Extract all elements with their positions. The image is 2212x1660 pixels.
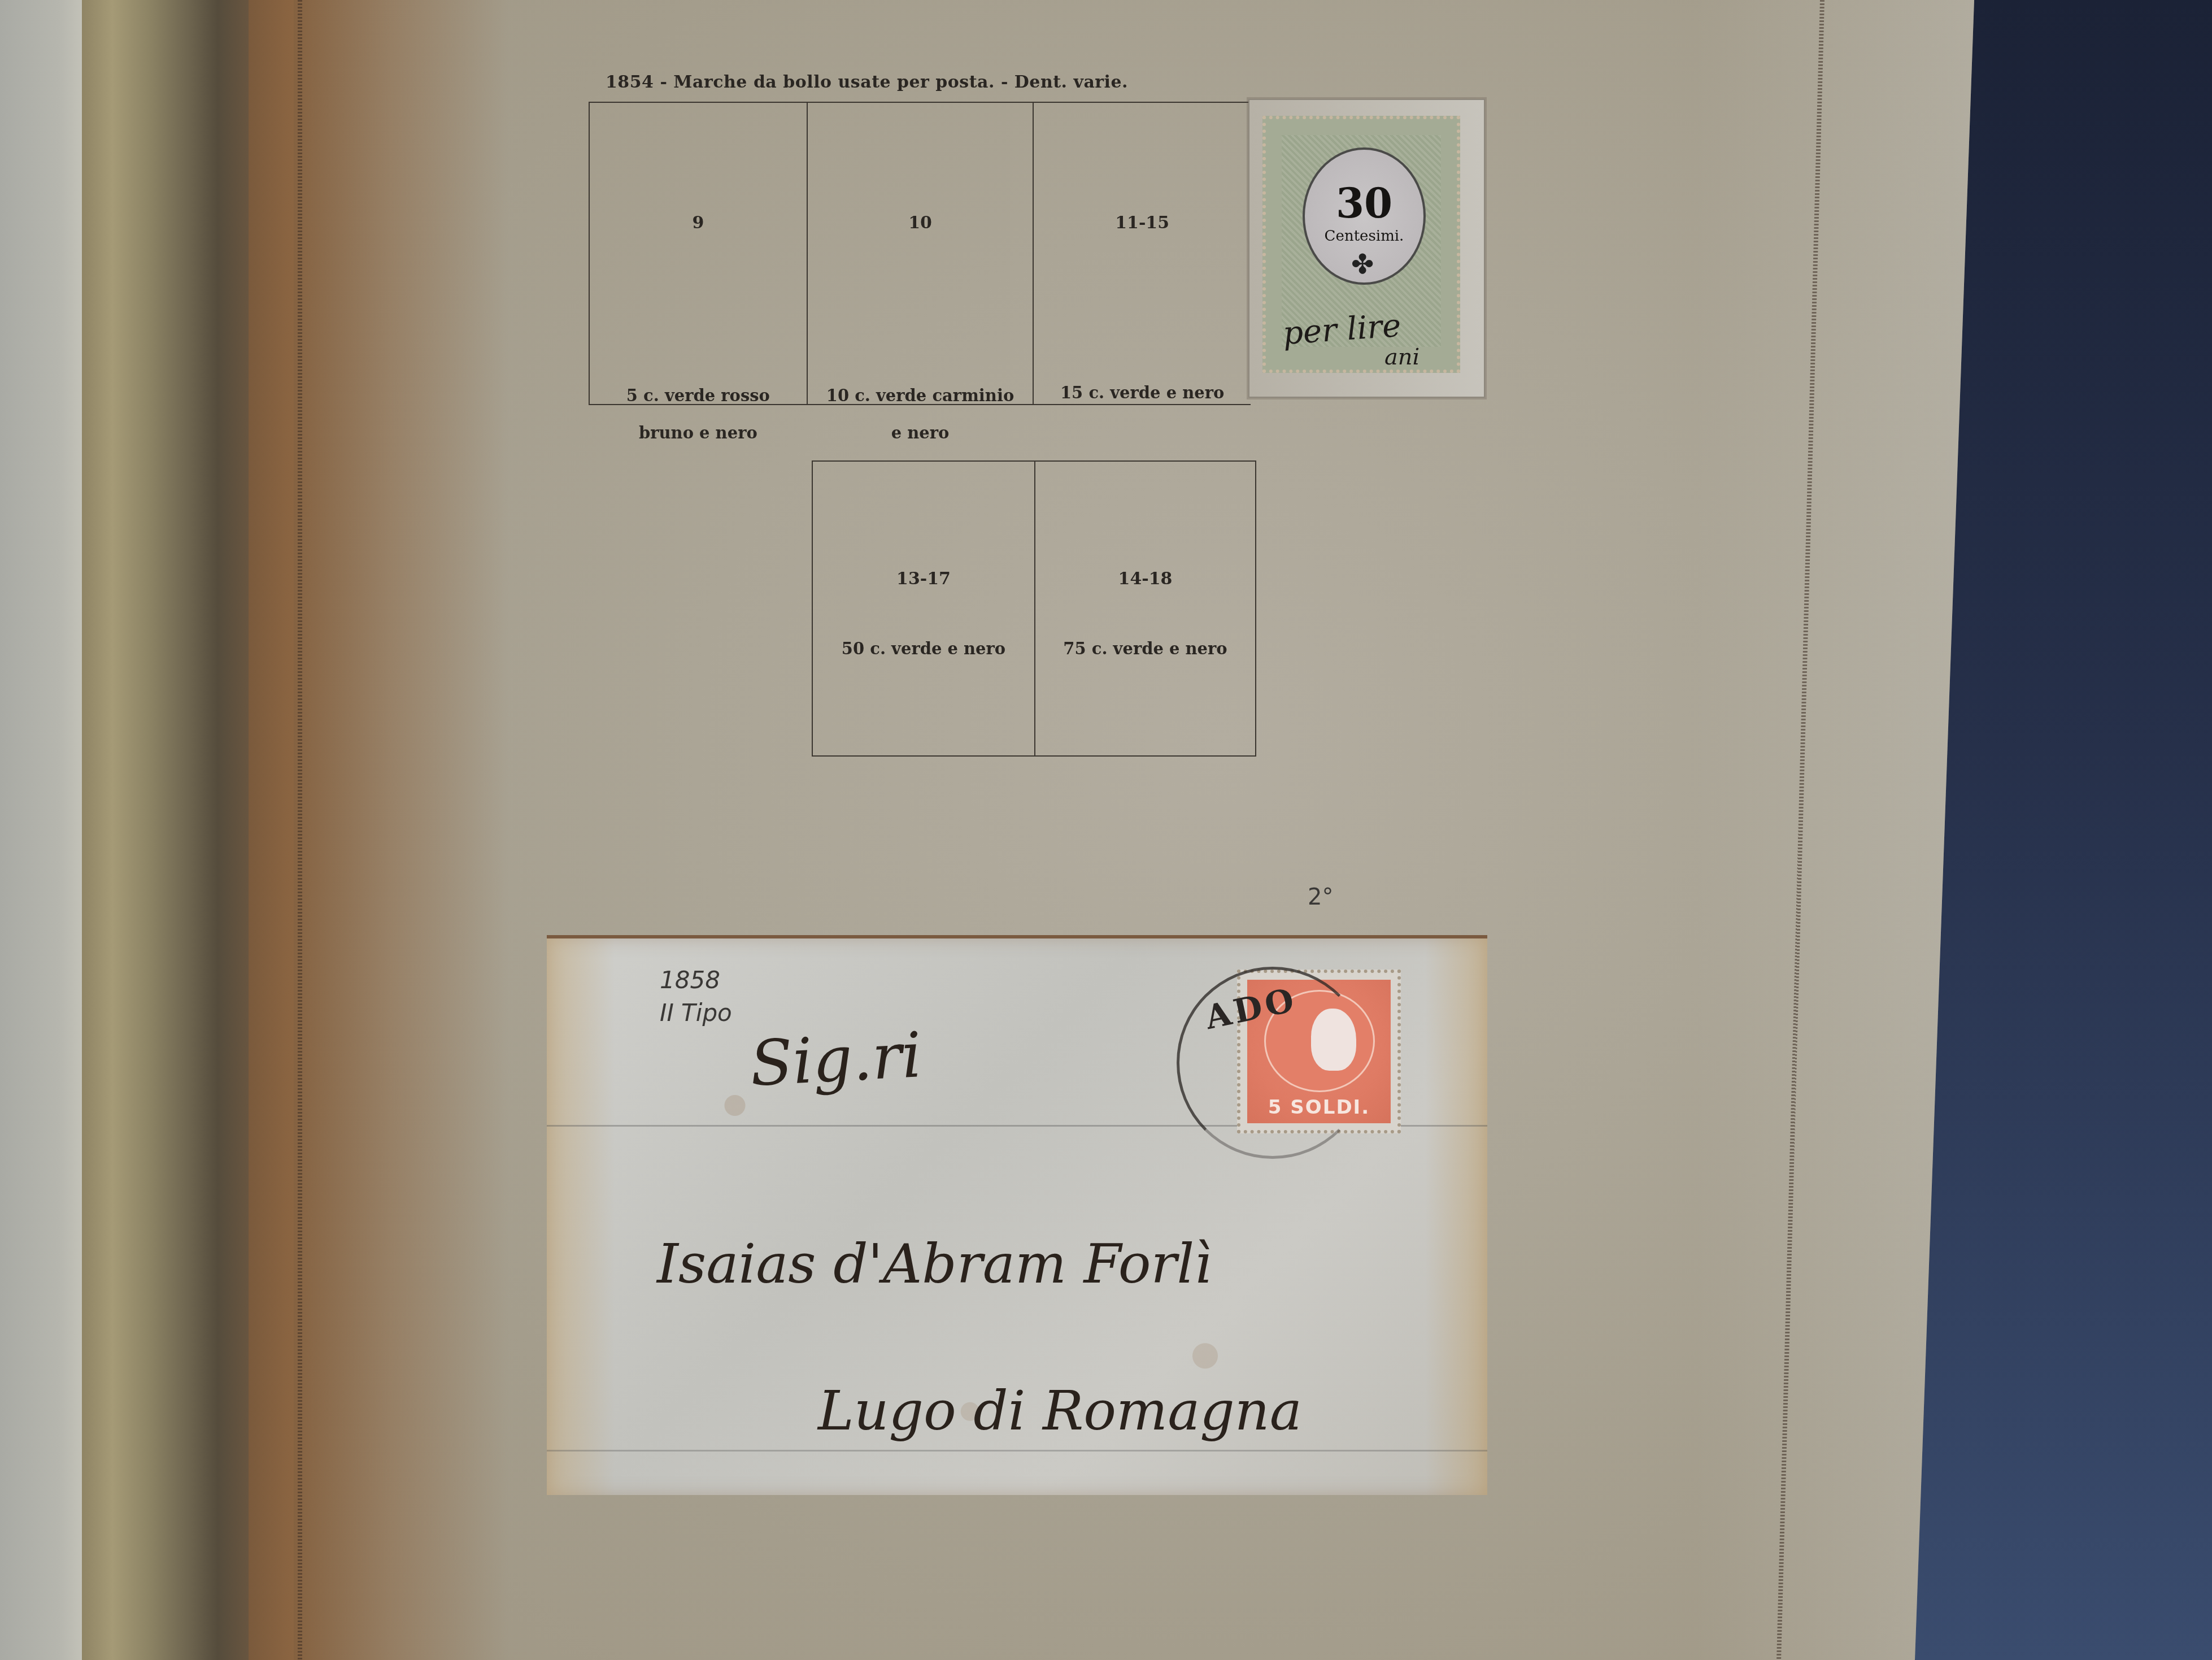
page-border-left [298, 0, 302, 1660]
pencil-grade-note: 2° [1308, 884, 1333, 910]
description-line: 5 c. verde rosso [590, 377, 807, 414]
page-heading: 1854 - Marche da bollo usate per posta. … [606, 72, 1128, 92]
stamp-description: 15 c. verde e nero [1034, 374, 1251, 411]
stamp-slot: 14-18 75 c. verde e nero [1035, 462, 1255, 755]
catalog-number: 11-15 [1034, 213, 1251, 233]
postal-cover[interactable]: 1858 II Tipo Sig.ri Isaias d'Abram Forlì… [547, 935, 1487, 1495]
stamp-description: 50 c. verde e nero [813, 630, 1034, 667]
mount-strip-edge [547, 1450, 1487, 1452]
stamp-oval: 30 Centesimi. ✤ [1303, 147, 1426, 285]
double-headed-eagle-icon: ✤ [1351, 249, 1374, 280]
stamp-description: 5 c. verde rosso bruno e nero [590, 377, 807, 451]
cover-stain [547, 938, 615, 1495]
catalog-number: 13-17 [813, 569, 1034, 589]
page-edges [82, 0, 251, 1660]
address-salutation: Sig.ri [748, 1019, 924, 1100]
stamp-unit: Centesimi. [1305, 228, 1423, 245]
catalog-number: 14-18 [1035, 569, 1255, 589]
address-town: Lugo di Romagna [818, 1379, 1302, 1442]
address-name: Isaias d'Abram Forlì [657, 1232, 1212, 1296]
stamp-table-top: 9 5 c. verde rosso bruno e nero 10 10 c.… [589, 102, 1251, 405]
description-line: 15 c. verde e nero [1034, 374, 1251, 411]
stamp-slot: 10 10 c. verde carminio e nero [808, 103, 1034, 404]
stamp-description: 75 c. verde e nero [1035, 630, 1255, 667]
cover-stain [1425, 938, 1487, 1495]
stamp-value: 30 [1305, 179, 1423, 227]
description-line: 10 c. verde carminio [808, 377, 1033, 414]
pencil-annotation: 1858 II Tipo [660, 964, 732, 1029]
stamp-slot: 9 5 c. verde rosso bruno e nero [590, 103, 808, 404]
description-line: bruno e nero [590, 414, 807, 451]
stamp-slot: 13-17 50 c. verde e nero [813, 462, 1035, 755]
description-line: e nero [808, 414, 1033, 451]
revenue-stamp[interactable]: 30 Centesimi. ✤ per lire ani [1262, 116, 1460, 373]
stamp-table-bottom: 13-17 50 c. verde e nero 14-18 75 c. ver… [812, 460, 1256, 757]
catalog-number: 9 [590, 213, 807, 233]
stamp-slot: 11-15 15 c. verde e nero [1034, 103, 1251, 404]
manuscript-cancel: ani [1384, 344, 1419, 370]
stamp-description: 10 c. verde carminio e nero [808, 377, 1033, 451]
facing-page [0, 0, 85, 1660]
catalog-number: 10 [808, 213, 1033, 233]
